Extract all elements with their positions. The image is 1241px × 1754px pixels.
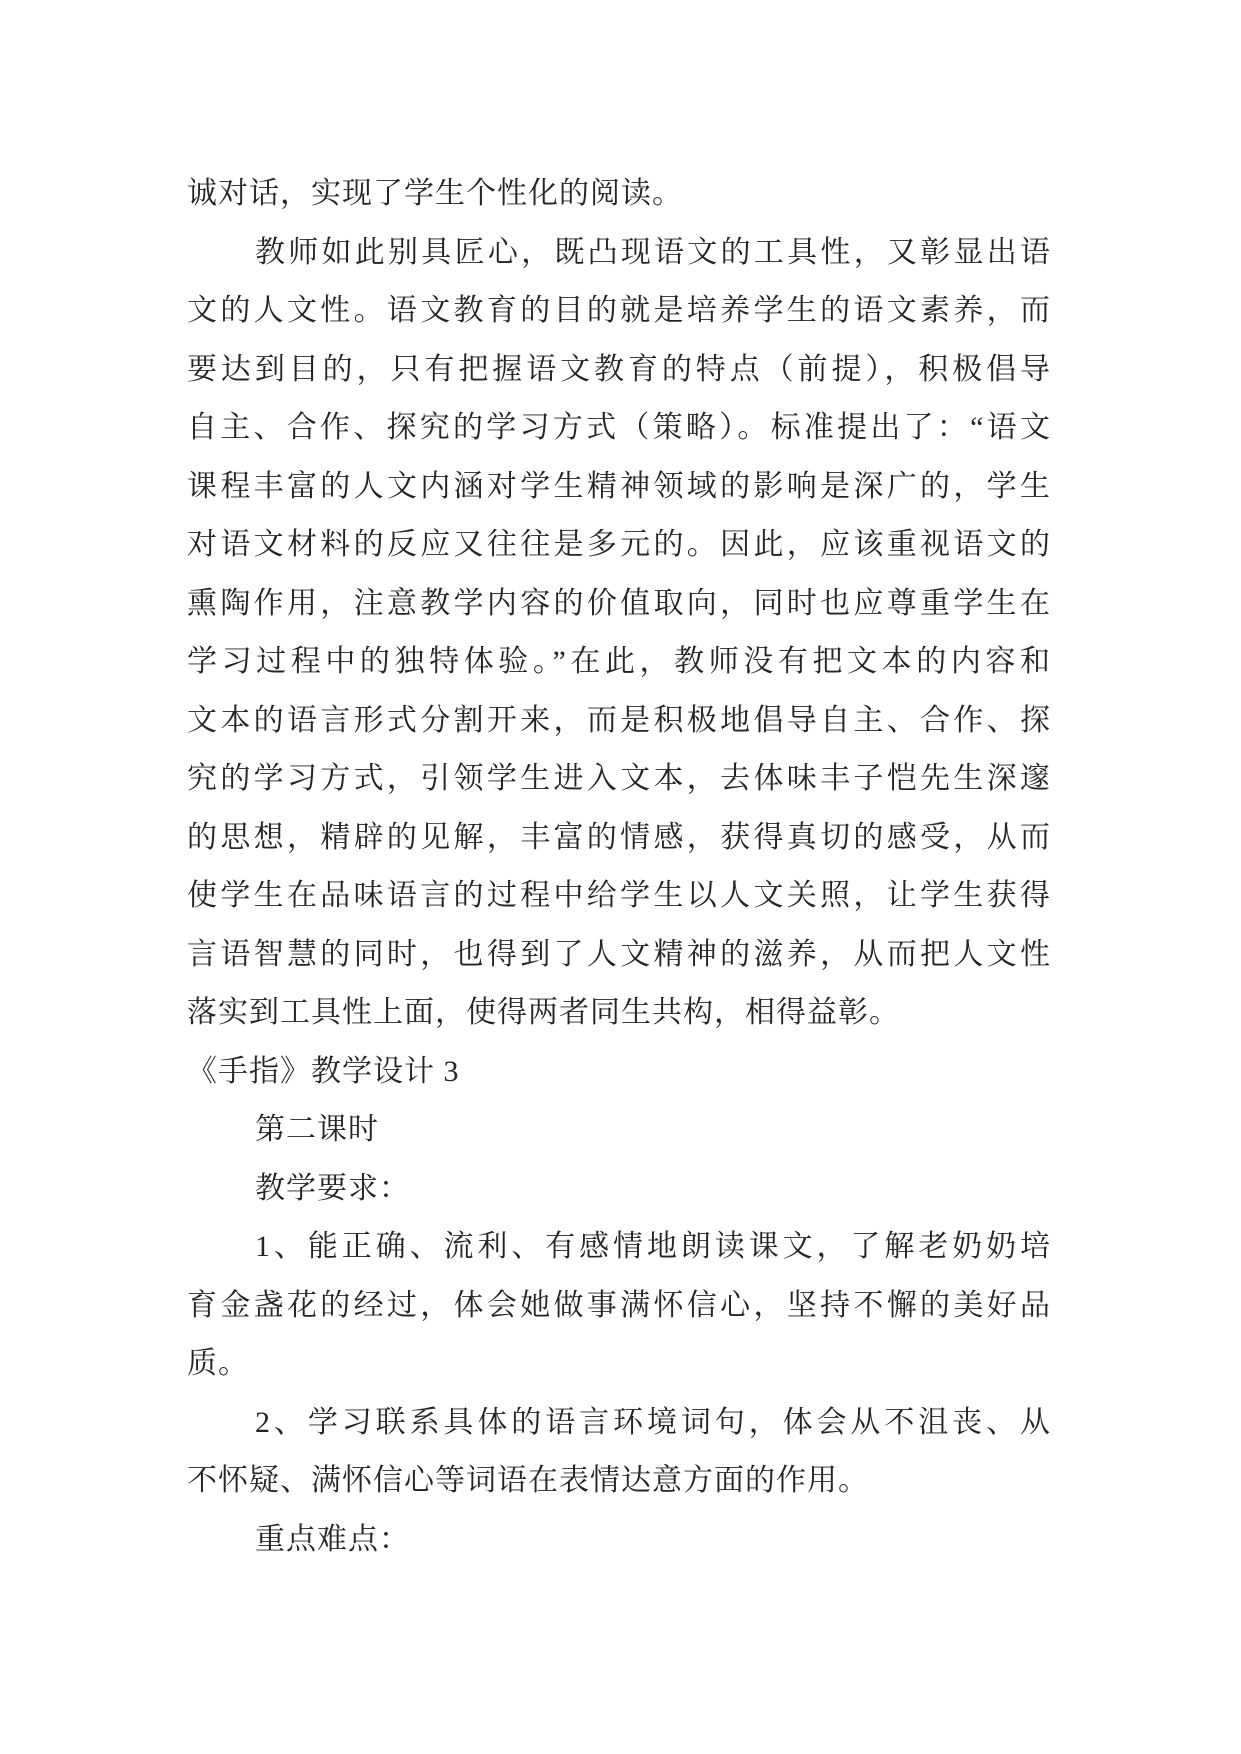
document-page: 诚对话，实现了学生个性化的阅读。 教师如此别具匠心，既凸现语文的工具性，又彰显出…: [0, 0, 1241, 1754]
text-line: 学习过程中的独特体验。”在此，教师没有把文本的内容和: [187, 633, 1051, 692]
list-item-line: 1、能正确、流利、有感情地朗读课文，了解老奶奶培: [187, 1218, 1051, 1277]
text-line: 的思想，精辟的见解，丰富的情感，获得真切的感受，从而: [187, 809, 1051, 868]
text-line: 文的人文性。语文教育的目的就是培养学生的语文素养，而: [187, 282, 1051, 341]
text-line: 课程丰富的人文内涵对学生精神领域的影响是深广的，学生: [187, 458, 1051, 517]
text-line: 对语文材料的反应又往往是多元的。因此，应该重视语文的: [187, 516, 1051, 575]
text-line: 文本的语言形式分割开来，而是积极地倡导自主、合作、探: [187, 692, 1051, 751]
text-line: 究的学习方式，引领学生进入文本，去体味丰子恺先生深邃: [187, 750, 1051, 809]
text-line-paragraph-end: 诚对话，实现了学生个性化的阅读。: [187, 165, 1051, 224]
list-item-line: 2、学习联系具体的语言环境词句，体会从不沮丧、从: [187, 1394, 1051, 1453]
text-line: 熏陶作用，注意教学内容的价值取向，同时也应尊重学生在: [187, 575, 1051, 634]
text-line: 自主、合作、探究的学习方式（策略）。标准提出了：“语文: [187, 399, 1051, 458]
subsection-line: 第二课时: [187, 1101, 1051, 1160]
text-line: 教师如此别具匠心，既凸现语文的工具性，又彰显出语: [187, 224, 1051, 283]
text-line-paragraph-end: 不怀疑、满怀信心等词语在表情达意方面的作用。: [187, 1452, 1051, 1511]
subsection-line: 重点难点：: [187, 1511, 1051, 1570]
document-text-block: 诚对话，实现了学生个性化的阅读。 教师如此别具匠心，既凸现语文的工具性，又彰显出…: [187, 165, 1051, 1569]
text-line: 言语智慧的同时，也得到了人文精神的滋养，从而把人文性: [187, 926, 1051, 985]
text-line: 要达到目的，只有把握语文教育的特点（前提），积极倡导: [187, 341, 1051, 400]
text-line-paragraph-end: 落实到工具性上面，使得两者同生共构，相得益彰。: [187, 984, 1051, 1043]
text-line: 育金盏花的经过，体会她做事满怀信心，坚持不懈的美好品: [187, 1277, 1051, 1336]
section-title-line: 《手指》教学设计 3: [187, 1043, 1051, 1102]
text-line: 使学生在品味语言的过程中给学生以人文关照，让学生获得: [187, 867, 1051, 926]
text-line-paragraph-end: 质。: [187, 1335, 1051, 1394]
subsection-line: 教学要求：: [187, 1160, 1051, 1219]
